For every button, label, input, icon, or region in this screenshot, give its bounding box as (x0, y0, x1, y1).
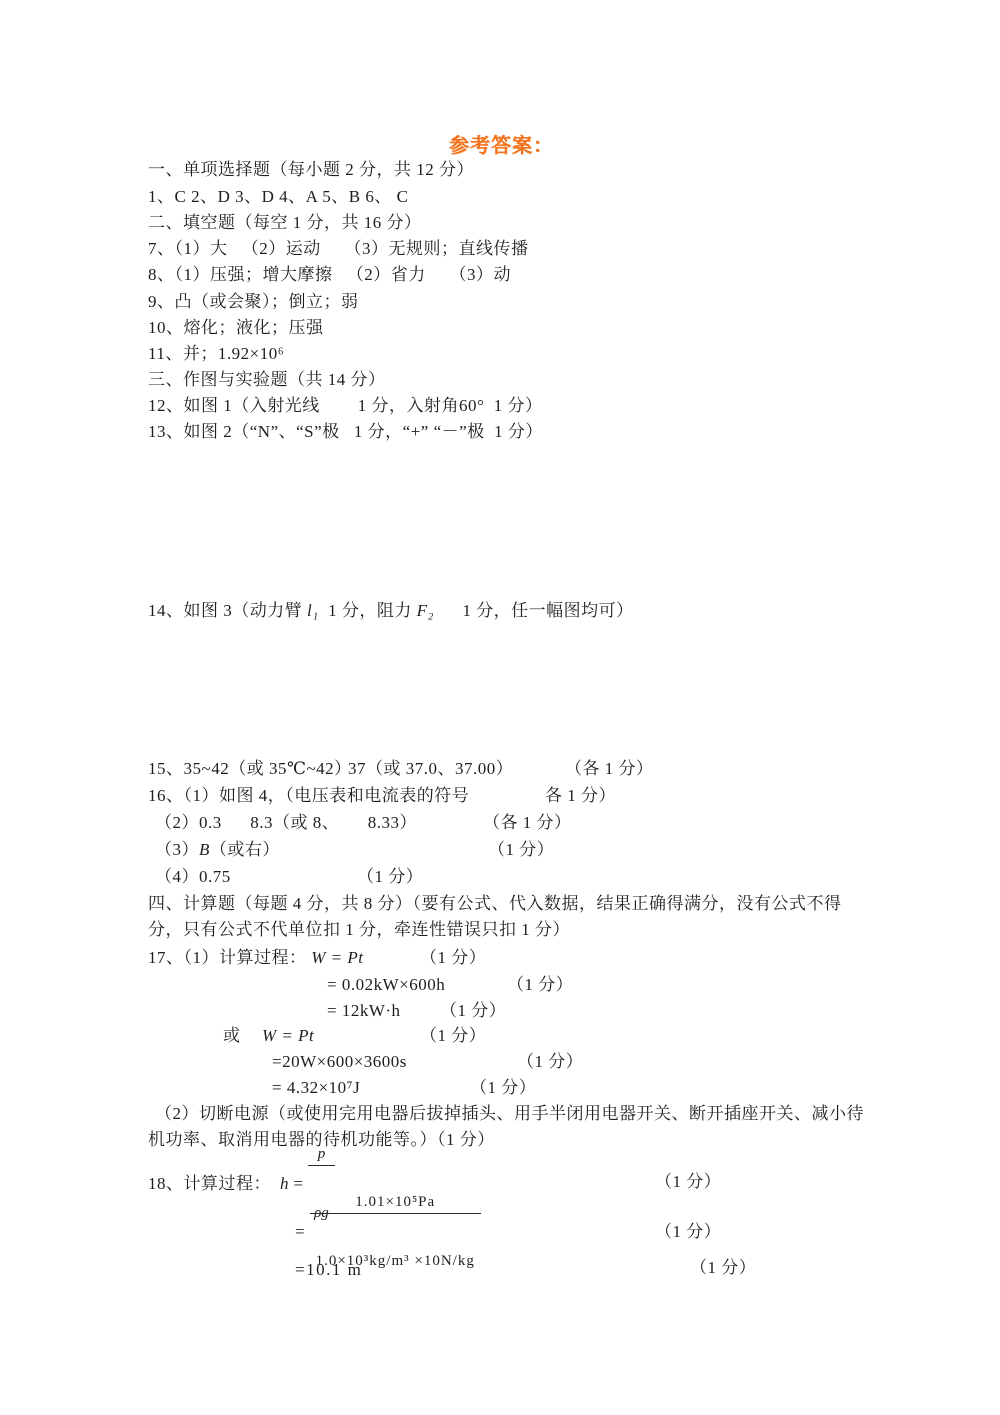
answer-q13: 13、如图 2（“N”、“S”极 1 分，“+” “－”极 1 分） (148, 420, 543, 444)
score-q18-line1: （1 分） (655, 1170, 721, 1194)
q18-equals-1: = (294, 1174, 304, 1194)
q17-line5: =20W×600×3600s (272, 1050, 407, 1074)
section-4-header-line1: 四、计算题（每题 4 分，共 8 分）（要有公式、代入数据，结果正确得满分，没有… (148, 892, 842, 916)
answer-q9: 9、凸（或会聚）；倒立；弱 (148, 290, 359, 314)
document-page: 参考答案： 一、单项选择题（每小题 2 分，共 12 分） 1、C 2、D 3、… (0, 0, 1000, 1415)
q18-equals-2: = (295, 1222, 305, 1242)
score-q17-line5: （1 分） (517, 1050, 583, 1074)
answer-q7: 7、（1）大 （2）运动 （3）无规则；直线传播 (148, 237, 529, 261)
score-q17-line1: （1 分） (420, 946, 486, 970)
section-4-header-line2: 分，只有公式不代单位扣 1 分，牵连性错误只扣 1 分） (148, 918, 570, 942)
q18-fraction-2: 1.01×10⁵Pa 1.0×10³kg/m³ ×10N/kg (310, 1156, 481, 1309)
score-q18-line3: （1 分） (690, 1256, 756, 1280)
q17-line1: 17、（1）计算过程： W = Pt (148, 946, 364, 970)
section-3-header: 三、作图与实验题（共 14 分） (148, 368, 386, 392)
q18-formula-2: = 1.01×10⁵Pa 1.0×10³kg/m³ ×10N/kg (295, 1206, 481, 1258)
section-2-header: 二、填空题（每空 1 分，共 16 分） (148, 211, 422, 235)
score-q17-line4: （1 分） (420, 1024, 486, 1048)
score-q16-2: （各 1 分） (483, 811, 572, 835)
answer-q8: 8、（1）压强；增大摩擦 （2）省力 （3）动 (148, 263, 511, 287)
q17-formula-wpt: W = Pt (311, 948, 363, 967)
answer-q14: 14、如图 3（动力臂 l₁ 1 分，阻力 F₂ 1 分，任一幅图均可） (148, 599, 634, 623)
q17-line4-or: 或 (223, 1024, 241, 1048)
answer-q16-3: （3）B（或右） (155, 838, 280, 862)
q18-result: =10.1 m (295, 1258, 362, 1282)
q17-line1-label: 17、（1）计算过程： (148, 948, 311, 967)
answer-q16-4: （4）0.75 (155, 865, 231, 889)
score-q17-line2: （1 分） (507, 973, 573, 997)
q16-3-variable-b: B (199, 840, 210, 859)
score-q17-line6: （1 分） (470, 1076, 536, 1100)
score-q16-3: （1 分） (488, 838, 554, 862)
answer-q15-part2: 37（或 37.0、37.00） (348, 757, 513, 781)
q17-line3: = 12kW·h (327, 999, 401, 1023)
score-q17-line3: （1 分） (440, 999, 506, 1023)
q18-label: 18、计算过程： (148, 1172, 271, 1196)
section-1-answers: 1、C 2、D 3、D 4、A 5、B 6、 C (148, 185, 408, 209)
q16-3-post: （或右） (210, 840, 280, 859)
q14-variable-f2: F₂ (417, 601, 434, 620)
q17-line2: = 0.02kW×600h (327, 973, 445, 997)
q17-line4-formula: W = Pt (262, 1024, 314, 1048)
score-q16-4: （1 分） (357, 865, 423, 889)
answer-q16-1: 16、（1）如图 4，（电压表和电流表的符号 (148, 784, 469, 808)
q18-variable-h: h (280, 1174, 289, 1194)
q14-text-mid: 1 分，阻力 (319, 601, 417, 620)
q17-part2-line1: （2）切断电源（或使用完用电器后拔掉插头、用手半闭用电器开关、断开插座开关、减小… (155, 1102, 864, 1126)
answer-q16-2: （2）0.3 8.3（或 8、 8.33） (155, 811, 417, 835)
score-q18-line2: （1 分） (655, 1220, 721, 1244)
score-q15: （各 1 分） (565, 757, 654, 781)
answer-q10: 10、熔化；液化；压强 (148, 316, 324, 340)
page-title: 参考答案： (449, 129, 554, 158)
section-1-header: 一、单项选择题（每小题 2 分，共 12 分） (148, 158, 474, 182)
q17-line6: = 4.32×10⁷J (272, 1076, 360, 1100)
answer-q11: 11、并；1.92×10⁶ (148, 342, 284, 366)
q14-text-post: 1 分，任一幅图均可） (434, 601, 634, 620)
q14-variable-l1: l₁ (307, 601, 319, 620)
q14-text-pre: 14、如图 3（动力臂 (148, 601, 307, 620)
answer-q15-part1: 15、35~42（或 35℃~42） (148, 757, 352, 781)
score-q16-1: 各 1 分） (545, 784, 616, 808)
q16-3-pre: （3） (155, 840, 199, 859)
q18-fraction-2-numerator: 1.01×10⁵Pa (310, 1193, 481, 1214)
answer-q12: 12、如图 1（入射光线 1 分，入射角60° 1 分） (148, 394, 543, 418)
